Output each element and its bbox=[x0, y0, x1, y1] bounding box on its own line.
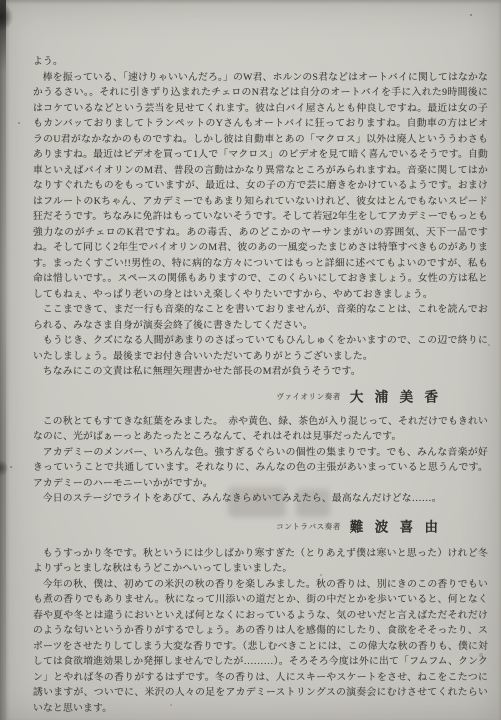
essay1-signature: ヴァイオリン奏者大 浦 美 香 bbox=[33, 389, 488, 407]
essay2-signature-role: コントラバス奏者 bbox=[276, 522, 341, 531]
scan-corner-mark bbox=[0, 3, 13, 31]
essay1-paragraph-4: ちなみにこの文責は私に無理矢理書かせた部長のM君が負うそうです。 bbox=[33, 364, 488, 380]
essay1-paragraph-1: 棒を振っている、「速けりゃいいんだろ。」のW君、ホルンのS君などはオートバイに関… bbox=[33, 70, 488, 303]
essay2-signature-name: 難 波 喜 由 bbox=[350, 519, 442, 534]
essay2-paragraph-1: この秋とてもすてきな紅葉をみました。 赤や黄色、緑、茶色が入り混じって、それだけ… bbox=[33, 414, 488, 445]
essay3-paragraph-2: 今年の秋、僕は、初めての米沢の秋の香りを楽しみました。秋の香りは、別にきのこの香… bbox=[33, 577, 488, 717]
scan-edge-shadow bbox=[0, 0, 6, 720]
continuation-line: よう。 bbox=[33, 54, 488, 70]
essay1-signature-name: 大 浦 美 香 bbox=[350, 389, 442, 404]
essay2-paragraph-3: 今日のステージでライトをあびて、みんなきらめいてみえたら、最高なんだけどな……。 bbox=[33, 491, 488, 507]
essay2-signature: コントラバス奏者難 波 喜 由 bbox=[33, 519, 488, 537]
scan-dust-specks bbox=[470, 14, 472, 16]
page-content: よう。 棒を振っている、「速けりゃいいんだろ。」のW君、ホルンのS君などはオート… bbox=[33, 54, 488, 716]
scan-left-mark bbox=[0, 460, 8, 476]
essay1-paragraph-2: ここまできて、まだ一行も音楽的なことを書いておりませんが、音楽的なことは、これを… bbox=[33, 302, 488, 333]
scanned-page: よう。 棒を振っている、「速けりゃいいんだろ。」のW君、ホルンのS君などはオート… bbox=[0, 0, 501, 720]
scan-edge-fade bbox=[0, 0, 10, 720]
essay1-paragraph-3: もうじき、クズになる人間があまりのさばっていてもひんしゅくをかいますので、この辺… bbox=[33, 333, 488, 364]
essay1-signature-role: ヴァイオリン奏者 bbox=[276, 392, 340, 401]
essay2-paragraph-2: アカデミーのメンバー、いろんな色。強すぎるぐらいの個性の集まりです。でも、みんな… bbox=[33, 445, 488, 492]
essay3-paragraph-1: もうすっかり冬です。秋というには少しばかり寒すぎた（とりあえず僕は寒いと思った）… bbox=[33, 546, 488, 577]
